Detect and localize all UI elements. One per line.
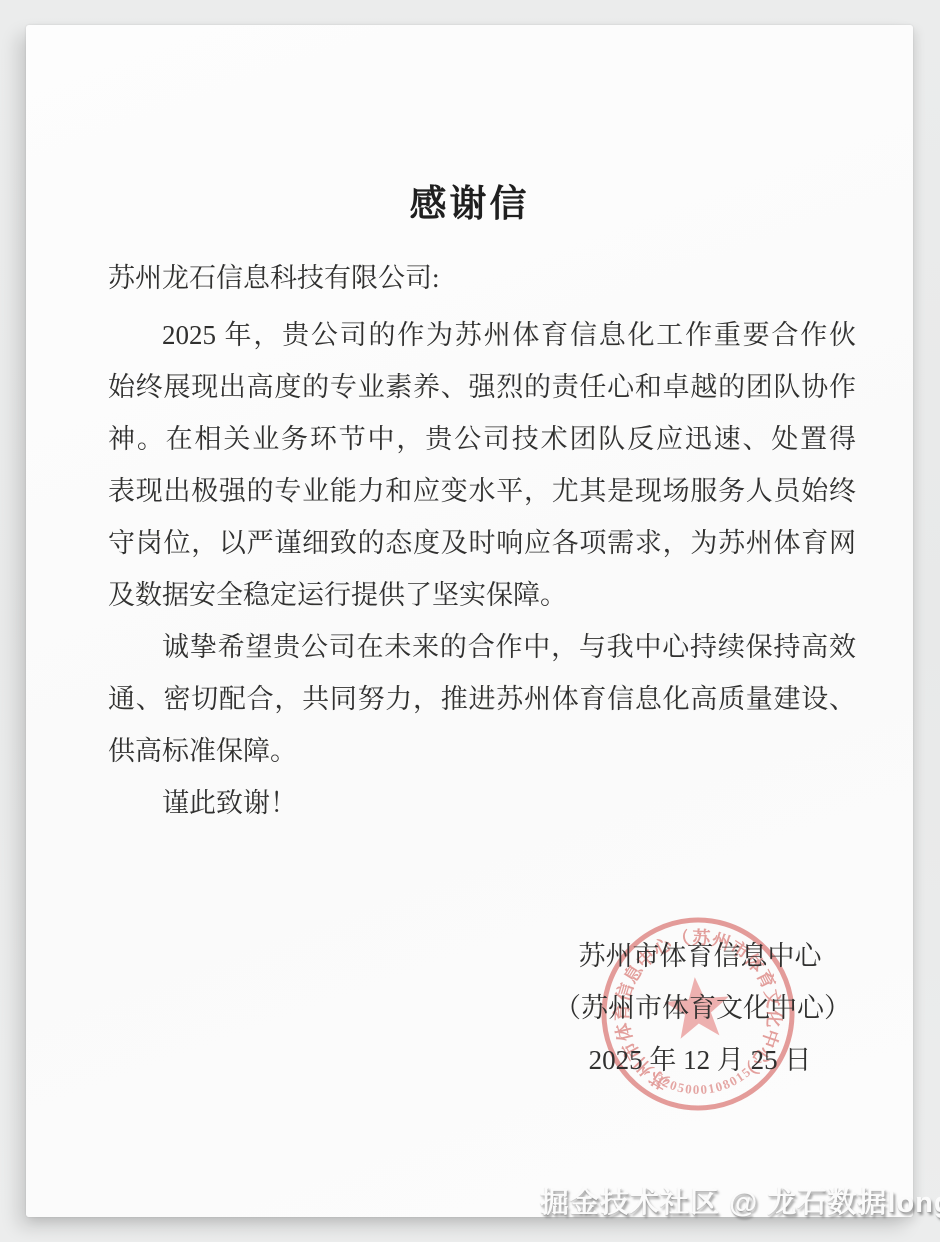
letter-title: 感谢信 xyxy=(26,185,913,225)
body-line: 2025 年，贵公司的作为苏州体育信息化工作重要合作伙伴， xyxy=(108,309,856,361)
body-line: 守岗位，以严谨细致的态度及时响应各项需求，为苏州体育网络 xyxy=(108,517,856,569)
body-line: 通、密切配合，共同努力，推进苏州体育信息化高质量建设、提 xyxy=(108,673,856,725)
scanned-letter-screenshot: 感谢信 苏州龙石信息科技有限公司: 2025 年，贵公司的作为苏州体育信息化工作… xyxy=(0,0,940,1242)
signature-org-primary: 苏州市体育信息中心 xyxy=(554,930,846,982)
watermark-text: 掘金技术社区 @ 龙石数据longshidata xyxy=(540,1180,940,1221)
body-line: 表现出极强的专业能力和应变水平，尤其是现场服务人员始终坚 xyxy=(108,465,856,517)
signature-date: 2025 年 12 月 25 日 xyxy=(554,1034,846,1086)
body-line: 始终展现出高度的专业素养、强烈的责任心和卓越的团队协作精 xyxy=(108,361,856,413)
body-line: 供高标准保障。 xyxy=(108,725,856,777)
body-line: 诚挚希望贵公司在未来的合作中，与我中心持续保持高效沟 xyxy=(108,621,856,673)
body-line: 及数据安全稳定运行提供了坚实保障。 xyxy=(108,569,856,621)
letter-body: 2025 年，贵公司的作为苏州体育信息化工作重要合作伙伴，始终展现出高度的专业素… xyxy=(108,309,856,829)
document-page: 感谢信 苏州龙石信息科技有限公司: 2025 年，贵公司的作为苏州体育信息化工作… xyxy=(26,25,913,1217)
body-line: 谨此致谢！ xyxy=(108,777,856,829)
signature-org-secondary: （苏州市体育文化中心） xyxy=(554,982,846,1034)
body-line: 神。在相关业务环节中，贵公司技术团队反应迅速、处置得当， xyxy=(108,413,856,465)
signature-block: 苏州市体育信息中心 （苏州市体育文化中心） 2025 年 12 月 25 日 xyxy=(554,930,846,1086)
letter-salutation: 苏州龙石信息科技有限公司: xyxy=(108,252,868,304)
